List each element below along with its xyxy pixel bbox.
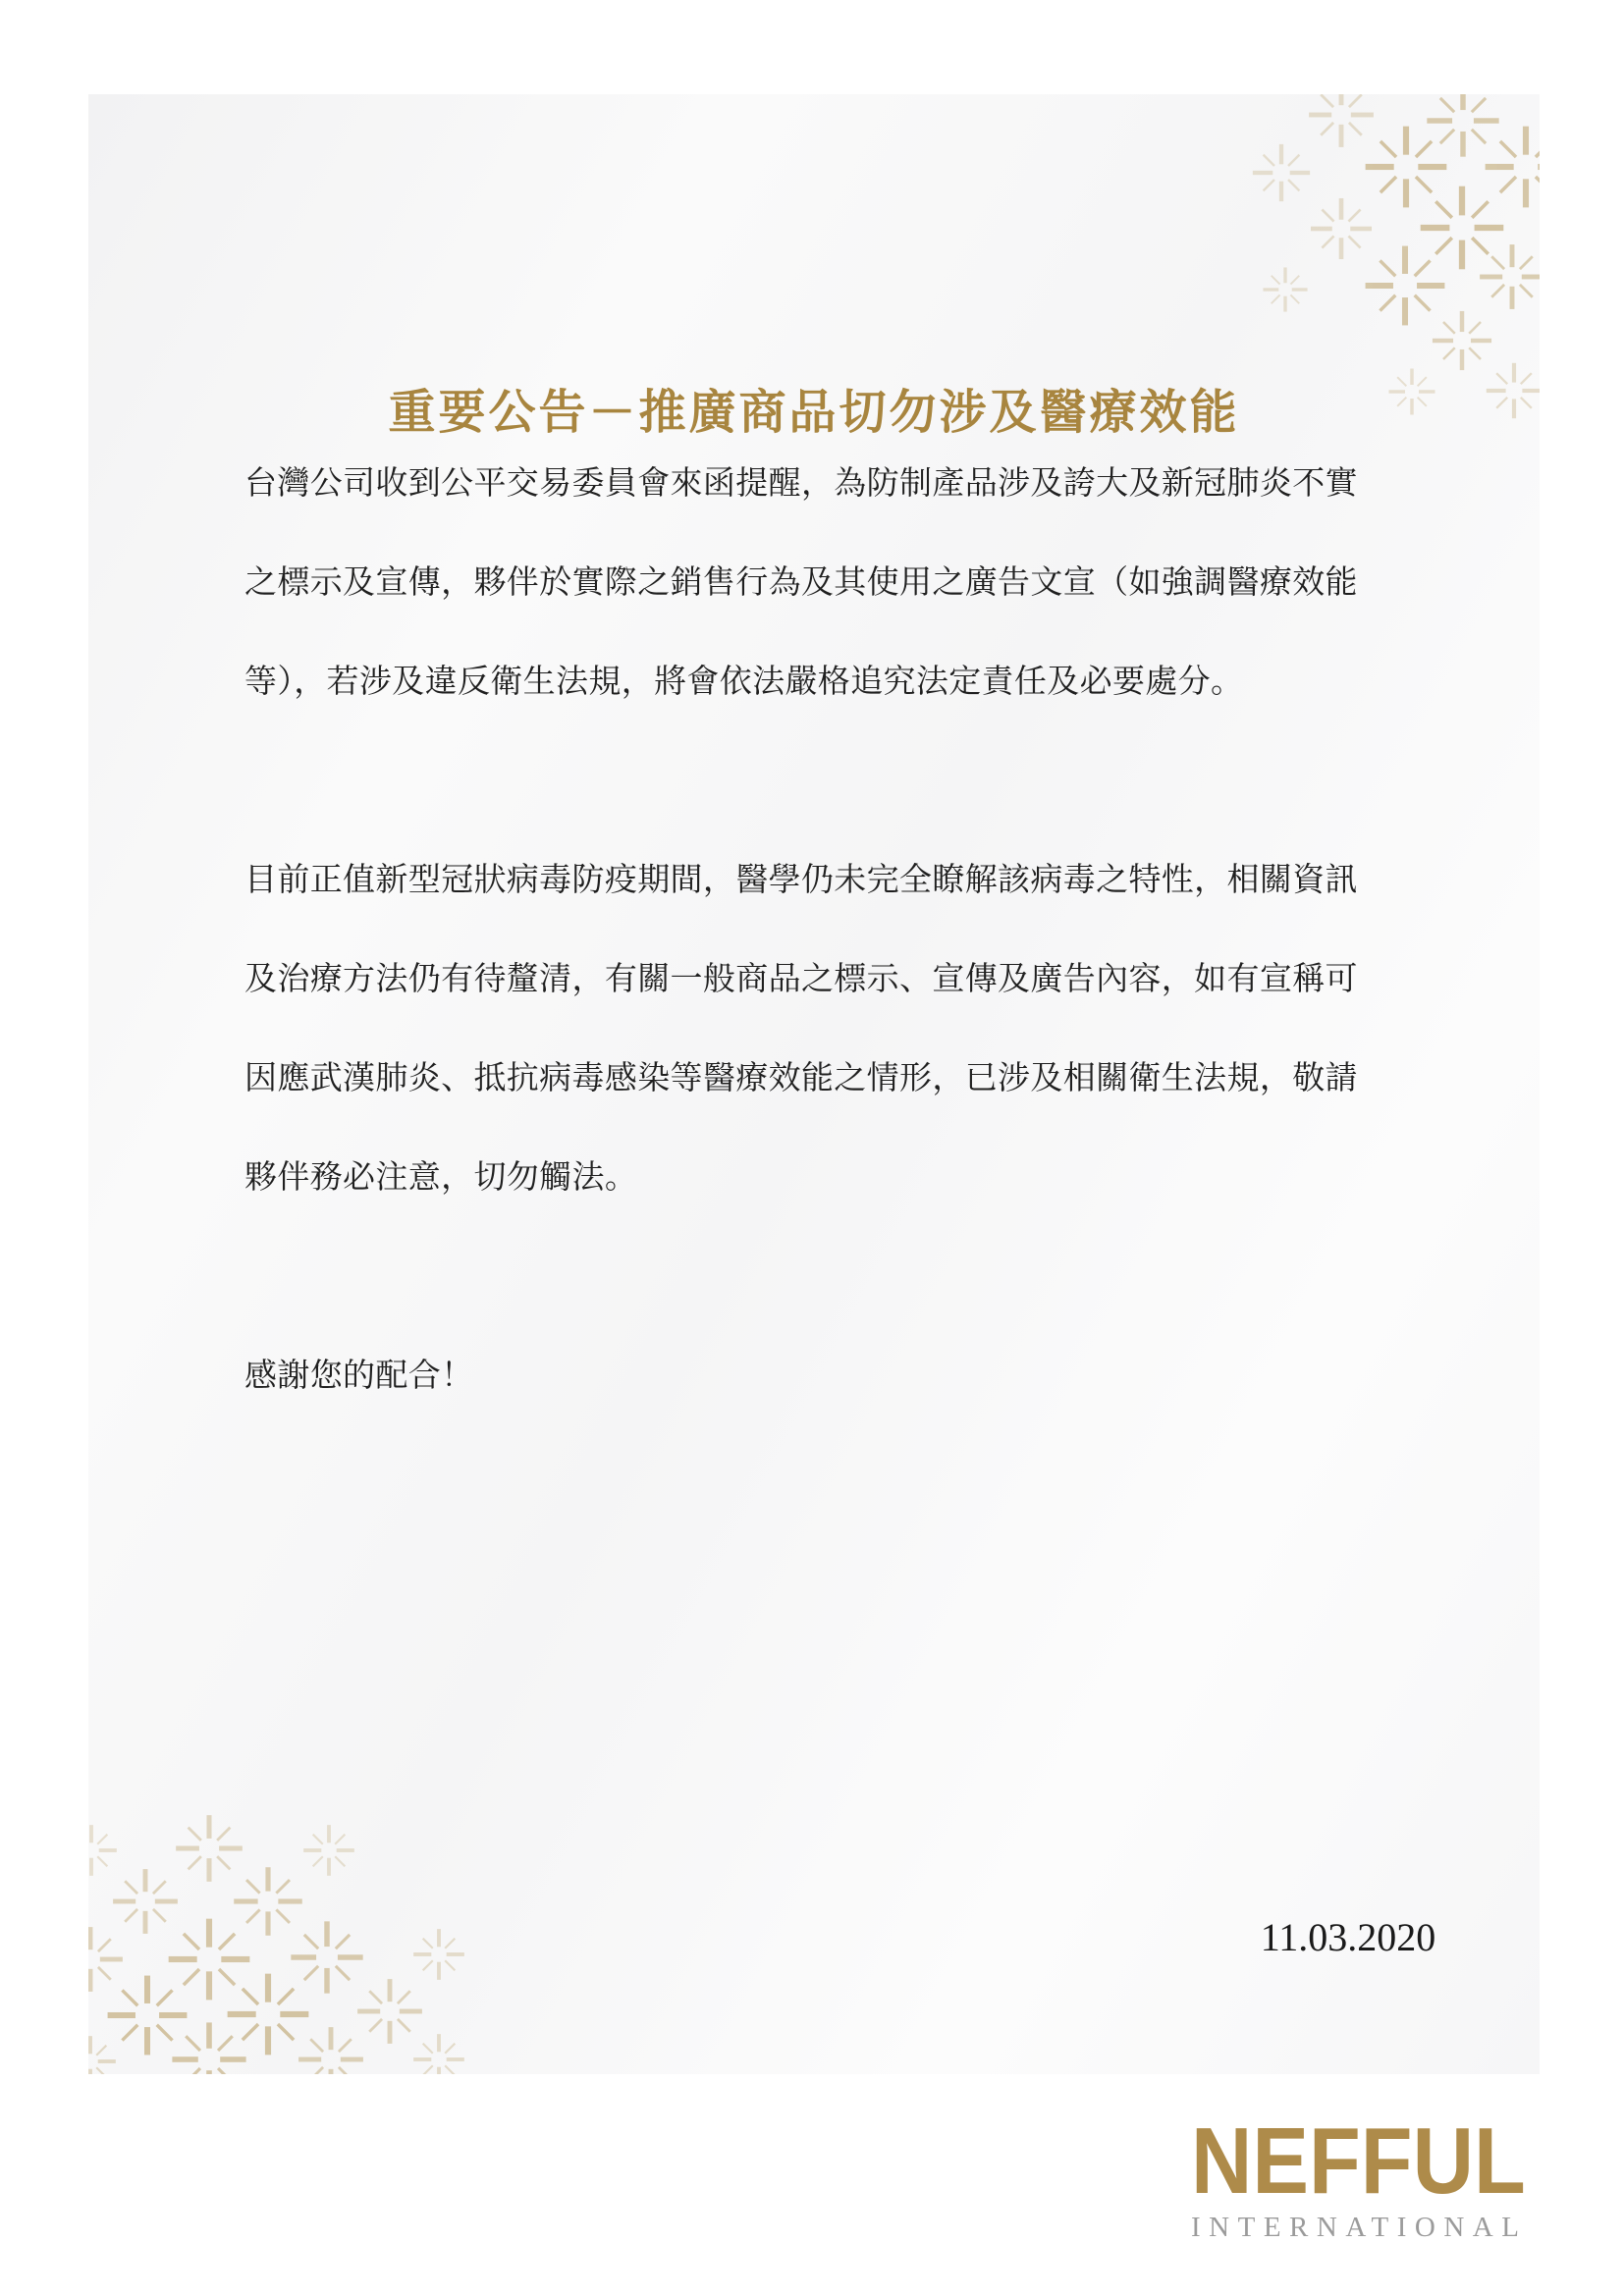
sparkle-icon [290,2018,371,2074]
sparkle-icon [104,1860,186,1942]
sparkle-icon [88,1818,124,1882]
sparkle-icon [349,1970,430,2052]
sparkle-icon [297,1818,360,1882]
sparkle-icon [1471,236,1540,317]
announcement-card: 重要公告－推廣商品切勿涉及醫療效能 台灣公司收到公平交易委員會來函提醒，為防制產… [88,94,1540,2074]
sparkle-icon [1355,116,1458,219]
body-line: 之標示及宣傳，夥伴於實際之銷售行為及其使用之廣告文宣（如強調醫療效能 [244,532,1423,631]
date-text: 11.03.2020 [1220,1914,1476,1960]
sparkle-icon [406,1922,470,1986]
sparkle-icon [88,1918,132,2000]
paragraph-spacer [244,1226,1423,1325]
announcement-body: 台灣公司收到公平交易委員會來函提醒，為防制產品涉及誇大及新冠肺炎不實之標示及宣傳… [244,433,1423,1424]
sparkle-icon [1245,136,1318,209]
body-line: 等），若涉及違反衛生法規，將會依法嚴格追究法定責任及必要處分。 [244,631,1423,730]
sparkle-icon [1418,94,1509,166]
sparkle-icon [162,2012,255,2074]
sparkle-icon [1410,176,1515,281]
body-line: 因應武漢肺炎、抵抗病毒感染等醫療效能之情形，已涉及相關衛生法規，敬請 [244,1028,1423,1127]
sparkle-icon [225,1858,311,1945]
logo-international-text: INTERNATIONAL [1191,2213,1584,2242]
sparkle-icon [1475,116,1540,219]
body-line: 台灣公司收到公平交易委員會來函提醒，為防制產品涉及誇大及新冠肺炎不實 [244,433,1423,532]
body-line: 夥伴務必注意，切勿觸法。 [244,1127,1423,1226]
sparkle-icon [217,1963,320,2066]
sparkle-icon [282,1912,373,2003]
sparkle-icon [1303,190,1380,267]
sparkle-icon [406,2027,470,2074]
sparkle-icon [1300,94,1381,156]
logo-wordmark: NEFFUL [1191,2114,1544,2209]
sparkle-icon [1257,261,1313,317]
sparkle-icon [158,1908,261,2011]
sparkle-icon [1425,303,1499,378]
body-line: 感謝您的配合！ [244,1325,1423,1424]
nefful-logo: NEFFUL INTERNATIONAL [1191,2114,1584,2242]
sparkle-icon [97,1965,197,2065]
sparkle-icon [1355,236,1455,336]
sparkle-icon [88,2029,123,2074]
paragraph-spacer [244,730,1423,829]
document-page: 重要公告－推廣商品切勿涉及醫療效能 台灣公司收到公平交易委員會來函提醒，為防制產… [0,0,1624,2296]
sparkle-icon [167,1806,251,1891]
body-line: 目前正值新型冠狀病毒防疫期間，醫學仍未完全瞭解該病毒之特性，相關資訊 [244,829,1423,929]
body-line: 及治療方法仍有待釐清，有關一般商品之標示、宣傳及廣告內容，如有宣稱可 [244,929,1423,1028]
